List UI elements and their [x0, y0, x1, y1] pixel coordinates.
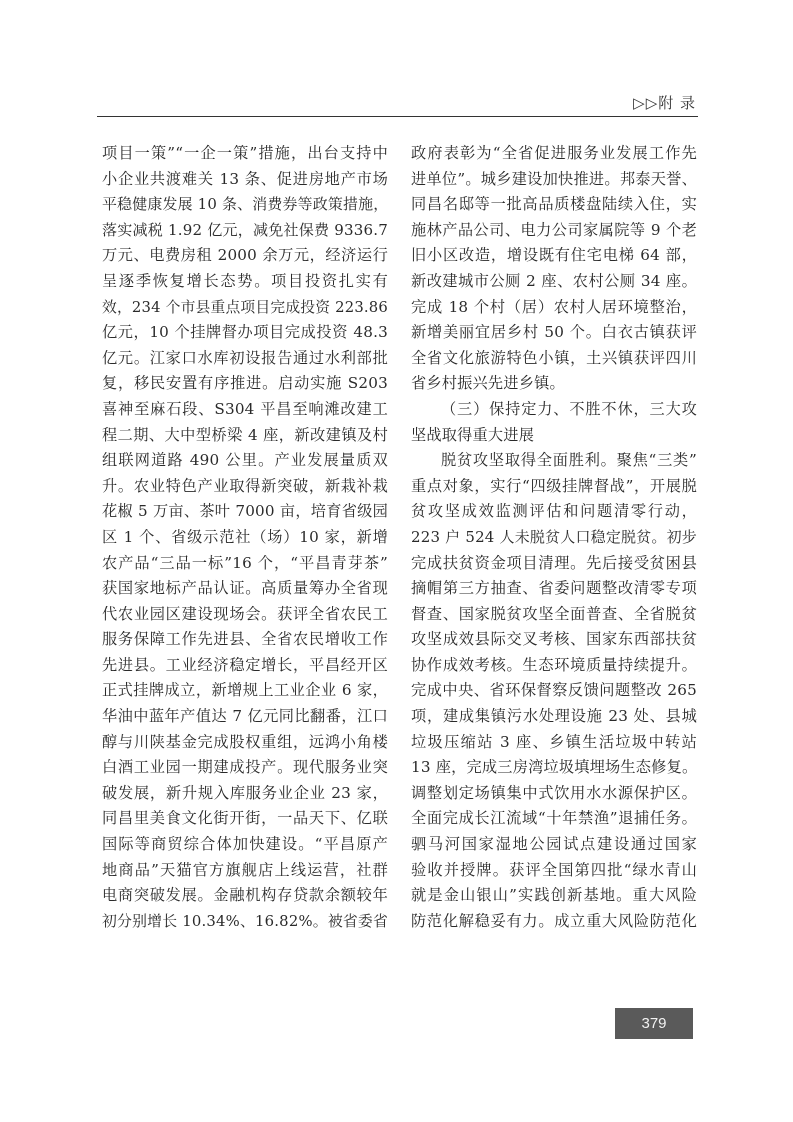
- text-line: 醇与川陕基金完成股权重组，远鸿小角楼: [102, 730, 388, 756]
- text-line: 完成 18 个村（居）农村人居环境整治，: [411, 295, 697, 321]
- text-line: 小企业共渡难关 13 条、促进房地产市场: [102, 167, 388, 193]
- text-line: 落实减税 1.92 亿元，减免社保费 9336.7: [102, 218, 388, 244]
- text-line: 花椒 5 万亩、茶叶 7000 亩，培育省级园: [102, 499, 388, 525]
- text-line: 复，移民安置有序推进。启动实施 S203: [102, 371, 388, 397]
- text-line: 平稳健康发展 10 条、消费券等政策措施，: [102, 192, 388, 218]
- text-line: 同昌名邸等一批高品质楼盘陆续入住，实: [411, 192, 697, 218]
- text-line: 调整划定场镇集中式饮用水水源保护区。: [411, 781, 697, 807]
- text-line: 初分别增长 10.34%、16.82%。被省委省: [102, 909, 388, 935]
- text-line: 服务保障工作先进县、全省农民增收工作: [102, 627, 388, 653]
- text-line: 区 1 个、省级示范社（场）10 家，新增: [102, 525, 388, 551]
- text-line: 协作成效考核。生态环境质量持续提升。: [411, 653, 697, 679]
- text-line: 先进县。工业经济稳定增长，平昌经开区: [102, 653, 388, 679]
- text-line: 攻坚成效县际交叉考核、国家东西部扶贫: [411, 627, 697, 653]
- text-line: 旧小区改造，增设既有住宅电梯 64 部，: [411, 243, 697, 269]
- text-line: 呈逐季恢复增长态势。项目投资扎实有: [102, 269, 388, 295]
- text-line: 电商突破发展。金融机构存贷款余额较年: [102, 883, 388, 909]
- left-column: 项目一策”“一企一策”措施，出台支持中小企业共渡难关 13 条、促进房地产市场平…: [102, 141, 388, 934]
- text-line: 脱贫攻坚取得全面胜利。聚焦“三类”: [411, 448, 697, 474]
- text-line: 13 座，完成三房湾垃圾填埋场生态修复。: [411, 755, 697, 781]
- text-line: 破发展，新升规入库服务业企业 23 家，: [102, 781, 388, 807]
- text-line: 就是金山银山”实践创新基地。重大风险: [411, 883, 697, 909]
- section-heading-line: （三）保持定力、不胜不休，三大攻: [411, 397, 697, 423]
- text-line: 省乡村振兴先进乡镇。: [411, 371, 697, 397]
- text-line: 新改建城市公厕 2 座、农村公厕 34 座。: [411, 269, 697, 295]
- text-line: 施林产品公司、电力公司家属院等 9 个老: [411, 218, 697, 244]
- text-line: 国际等商贸综合体加快建设。“平昌原产: [102, 832, 388, 858]
- text-line: 同昌里美食文化街开街，一品天下、亿联: [102, 806, 388, 832]
- text-line: 组联网道路 490 公里。产业发展量质双: [102, 448, 388, 474]
- text-line: 验收并授牌。获评全国第四批“绿水青山: [411, 858, 697, 884]
- text-line: 升。农业特色产业取得新突破，新栽补栽: [102, 474, 388, 500]
- text-line: 垃圾压缩站 3 座、乡镇生活垃圾中转站: [411, 730, 697, 756]
- text-line: 获国家地标产品认证。高质量筹办全省现: [102, 576, 388, 602]
- text-line: 新增美丽宜居乡村 50 个。白衣古镇获评: [411, 320, 697, 346]
- text-line: 喜神至麻石段、S304 平昌至响滩改建工: [102, 397, 388, 423]
- text-line: 223 户 524 人未脱贫人口稳定脱贫。初步: [411, 525, 697, 551]
- text-line: 项，建成集镇污水处理设施 23 处、县城: [411, 704, 697, 730]
- section-heading-line: 坚战取得重大进展: [411, 423, 697, 449]
- text-line: 摘帽第三方抽查、省委问题整改清零专项: [411, 576, 697, 602]
- text-line: 全省文化旅游特色小镇，土兴镇获评四川: [411, 346, 697, 372]
- right-column: 政府表彰为“全省促进服务业发展工作先进单位”。城乡建设加快推进。邦泰天誉、同昌名…: [411, 141, 697, 934]
- text-line: 重点对象，实行“四级挂牌督战”，开展脱: [411, 474, 697, 500]
- text-line: 完成扶贫资金项目清理。先后接受贫困县: [411, 551, 697, 577]
- text-line: 万元、电费房租 2000 余万元，经济运行: [102, 243, 388, 269]
- text-line: 政府表彰为“全省促进服务业发展工作先: [411, 141, 697, 167]
- text-line: 进单位”。城乡建设加快推进。邦泰天誉、: [411, 167, 697, 193]
- text-line: 效，234 个市县重点项目完成投资 223.86: [102, 295, 388, 321]
- text-line: 农产品“三品一标”16 个，“平昌青芽茶”: [102, 551, 388, 577]
- text-line: 亿元。江家口水库初设报告通过水利部批: [102, 346, 388, 372]
- text-line: 项目一策”“一企一策”措施，出台支持中: [102, 141, 388, 167]
- text-line: 防范化解稳妥有力。成立重大风险防范化: [411, 909, 697, 935]
- text-line: 贫攻坚成效监测评估和问题清零行动，: [411, 499, 697, 525]
- text-line: 完成中央、省环保督察反馈问题整改 265: [411, 678, 697, 704]
- text-line: 代农业园区建设现场会。获评全省农民工: [102, 602, 388, 628]
- text-line: 督查、国家脱贫攻坚全面普查、全省脱贫: [411, 602, 697, 628]
- text-line: 华油中蓝年产值达 7 亿元同比翻番，江口: [102, 704, 388, 730]
- text-line: 程二期、大中型桥梁 4 座，新改建镇及村: [102, 423, 388, 449]
- text-line: 白酒工业园一期建成投产。现代服务业突: [102, 755, 388, 781]
- text-line: 全面完成长江流域“十年禁渔”退捕任务。: [411, 806, 697, 832]
- running-header: ▷▷附 录: [97, 92, 698, 117]
- text-line: 驷马河国家湿地公园试点建设通过国家: [411, 832, 697, 858]
- text-line: 亿元，10 个挂牌督办项目完成投资 48.3: [102, 320, 388, 346]
- text-line: 地商品”天猫官方旗舰店上线运营，社群: [102, 858, 388, 884]
- text-line: 正式挂牌成立，新增规上工业企业 6 家，: [102, 678, 388, 704]
- section-label: ▷▷附 录: [633, 92, 696, 113]
- page-number: 379: [615, 1008, 693, 1039]
